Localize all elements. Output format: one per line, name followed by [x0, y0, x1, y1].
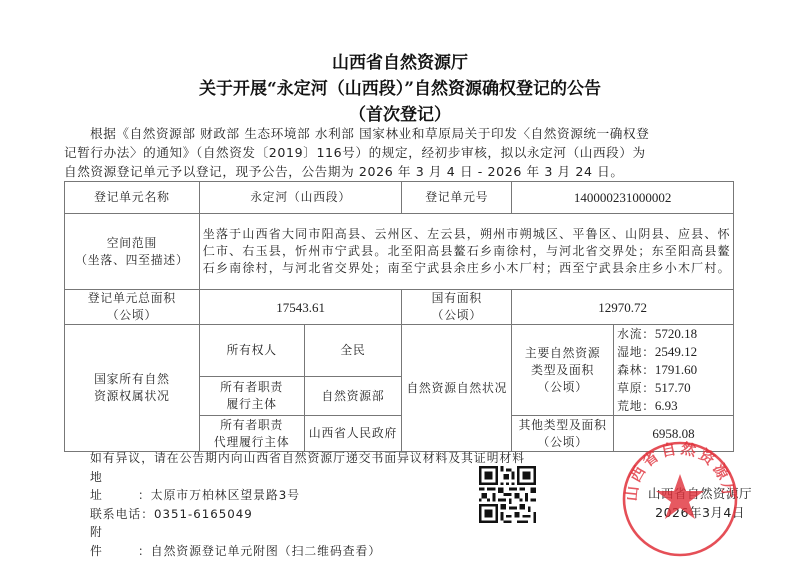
phone-label: 联系电话: [90, 507, 141, 521]
footer-notes: 如有异议，请在公告期内向山西省自然资源厅递交书面异议材料及其证明材料 地址：太原…: [90, 449, 525, 560]
address-line: 地址：太原市万柏林区望景路3号: [90, 468, 525, 505]
intro-paragraph: 根据《自然资源部 财政部 生态环境部 水利部 国家林业和草原局关于印发〈自然资源…: [64, 124, 736, 181]
resource-item: 森林：1791.60: [617, 361, 731, 379]
other-types-value: 6958.08: [614, 416, 734, 452]
duty-label-line-2: 履行主体: [202, 396, 302, 413]
space-label: 空间范围 （坐落、四至描述）: [65, 214, 200, 290]
intro-line-2: 记暂行办法〉的通知》（自然资发〔2019〕116号）的规定，经初步审核，拟以永定…: [64, 143, 736, 162]
signature-block: 山西省自然资源厅 2026年3月4日: [620, 484, 780, 522]
space-value: 坐落于山西省大同市阳高县、云州区、左云县，朔州市朔城区、平鲁区、山阴县、应县、怀…: [199, 214, 733, 290]
main-types-label: 主要自然资源 类型及面积 （公顷）: [512, 325, 614, 416]
state-area-value: 12970.72: [512, 290, 734, 325]
qr-code-icon[interactable]: [479, 466, 536, 523]
other-types-label-line-2: （公顷）: [514, 434, 611, 451]
announcement-title: 关于开展“永定河（山西段）”自然资源确权登记的公告: [0, 74, 800, 99]
proxy-label-line-2: 代理履行主体: [202, 434, 302, 451]
resource-item: 水流：5720.18: [617, 325, 731, 343]
attachment-value: ：自然资源登记单元附图（扫二维码查看）: [138, 544, 381, 558]
main-types-label-line-2: 类型及面积: [514, 362, 611, 379]
owner-value: 全民: [304, 325, 402, 377]
state-area-label-line-2: （公顷）: [404, 307, 509, 324]
total-area-label-line-2: （公顷）: [67, 307, 197, 324]
announcement-subtitle: （首次登记）: [0, 100, 800, 125]
main-types-label-line-3: （公顷）: [514, 379, 611, 396]
issuing-org-title: 山西省自然资源厅: [0, 48, 800, 73]
duty-label: 所有者职责 履行主体: [199, 377, 304, 416]
proxy-label: 所有者职责 代理履行主体: [199, 416, 304, 452]
phone-value: ：0351-6165049: [141, 507, 253, 521]
proxy-label-line-1: 所有者职责: [202, 417, 302, 434]
objection-note: 如有异议，请在公告期内向山西省自然资源厅递交书面异议材料及其证明材料: [90, 449, 525, 468]
unit-no-label: 登记单元号: [402, 182, 512, 214]
main-types-label-line-1: 主要自然资源: [514, 345, 611, 362]
table-row-owner: 国家所有自然 资源权属状况 所有权人 全民 自然资源自然状况 主要自然资源 类型…: [65, 325, 734, 377]
unit-no-value: 140000231000002: [512, 182, 734, 214]
space-label-line-2: （坐落、四至描述）: [67, 252, 197, 269]
natural-status-label: 自然资源自然状况: [402, 325, 512, 452]
other-types-label-line-1: 其他类型及面积: [514, 417, 611, 434]
intro-line-3: 自然资源登记单元予以登记，现予公告，公告期为 2026 年 3 月 4 日 - …: [64, 162, 736, 181]
registration-table: 登记单元名称 永定河（山西段） 登记单元号 140000231000002 空间…: [64, 181, 734, 452]
total-area-value: 17543.61: [199, 290, 402, 325]
duty-value: 自然资源部: [304, 377, 402, 416]
main-types-list: 水流：5720.18 湿地：2549.12 森林：1791.60 草原：517.…: [614, 325, 734, 416]
unit-name-value: 永定河（山西段）: [199, 182, 402, 214]
total-area-label-line-1: 登记单元总面积: [67, 290, 197, 307]
ownership-label-line-2: 资源权属状况: [67, 388, 197, 405]
state-area-label: 国有面积 （公顷）: [402, 290, 512, 325]
owner-label: 所有权人: [199, 325, 304, 377]
space-label-line-1: 空间范围: [67, 235, 197, 252]
signature-date: 2026年3月4日: [620, 503, 780, 522]
unit-name-label: 登记单元名称: [65, 182, 200, 214]
attachment-line: 附件：自然资源登记单元附图（扫二维码查看）: [90, 523, 525, 560]
intro-line-1: 根据《自然资源部 财政部 生态环境部 水利部 国家林业和草原局关于印发〈自然资源…: [90, 126, 649, 141]
resource-item: 草原：517.70: [617, 379, 731, 397]
phone-line: 联系电话：0351-6165049: [90, 505, 525, 524]
proxy-value: 山西省人民政府: [304, 416, 402, 452]
duty-label-line-1: 所有者职责: [202, 379, 302, 396]
table-row-unit-name: 登记单元名称 永定河（山西段） 登记单元号 140000231000002: [65, 182, 734, 214]
resource-item: 湿地：2549.12: [617, 343, 731, 361]
ownership-label: 国家所有自然 资源权属状况: [65, 325, 200, 452]
total-area-label: 登记单元总面积 （公顷）: [65, 290, 200, 325]
ownership-label-line-1: 国家所有自然: [67, 371, 197, 388]
address-value: ：太原市万柏林区望景路3号: [138, 488, 300, 502]
table-row-area: 登记单元总面积 （公顷） 17543.61 国有面积 （公顷） 12970.72: [65, 290, 734, 325]
signature-org: 山西省自然资源厅: [620, 484, 780, 503]
resource-item: 荒地：6.93: [617, 397, 731, 415]
table-row-space: 空间范围 （坐落、四至描述） 坐落于山西省大同市阳高县、云州区、左云县，朔州市朔…: [65, 214, 734, 290]
other-types-label: 其他类型及面积 （公顷）: [512, 416, 614, 452]
state-area-label-line-1: 国有面积: [404, 290, 509, 307]
